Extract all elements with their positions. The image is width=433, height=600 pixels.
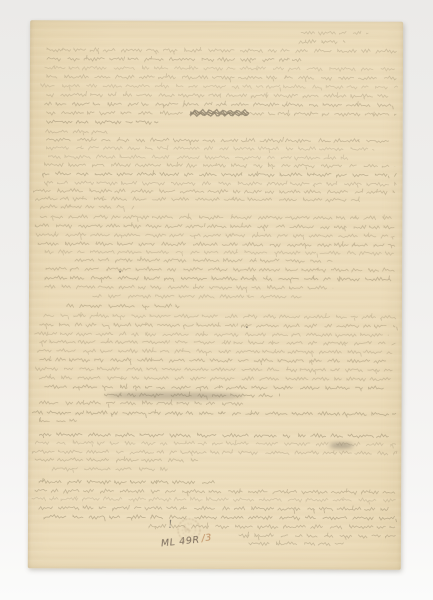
- handwriting-layer: [28, 20, 403, 570]
- scan-background: ! ML 49R/3: [0, 0, 433, 600]
- document-paper: ! ML 49R/3: [28, 20, 403, 570]
- archive-reference-suffix: /3: [201, 532, 213, 544]
- exclamation-mark: !: [168, 518, 173, 531]
- ink-smudge: [329, 442, 353, 448]
